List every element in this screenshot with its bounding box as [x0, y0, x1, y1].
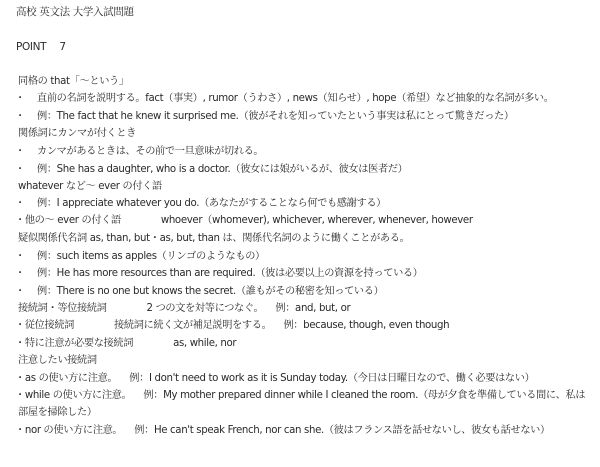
coordinating-conjunctions: 接続詞・等位接続詞2 つの文を対等につなぐ。例：and, but, or — [18, 302, 350, 316]
bullet: ・ — [15, 163, 37, 177]
subordinating-conjunctions: ・従位接続詞接続詞に続く文が補足説明をする。例：because, though,… — [15, 319, 449, 333]
bullet: ・ — [15, 250, 37, 264]
document-title: 高校 英文法 大学入試問題 — [16, 5, 134, 19]
caution-while: ・while の使い方に注意。例：My mother prepared dinn… — [15, 389, 585, 403]
list-item: ・例：She has a daughter, who is a doctor.（… — [15, 163, 407, 177]
bullet: ・ — [15, 197, 37, 211]
section-heading-pseudo-relative: 疑似関係代名詞 as, than, but・as, but, than は、関係… — [18, 232, 409, 246]
section-heading-ever-words: whatever など～ ever の付く語 — [18, 180, 162, 194]
list-item: ・カンマがあるときは、その前で一旦意味が切れる。 — [15, 145, 263, 159]
bullet: ・ — [15, 267, 37, 281]
list-item: ・例：The fact that he knew it surprised me… — [15, 110, 514, 124]
special-conjunctions: ・特に注意が必要な接続詞as, while, nor — [15, 337, 236, 351]
section-heading-comma-relative: 関係詞にカンマが付くとき — [18, 127, 136, 141]
caution-nor: ・nor の使い方に注意。例：He can't speak French, no… — [15, 424, 550, 438]
list-item: ・例：He has more resources than are requir… — [15, 267, 423, 281]
other-ever-words: ・他の～ ever の付く語whoever（whomever), whichev… — [15, 214, 473, 228]
bullet: ・ — [15, 92, 37, 106]
caution-while-cont: 部屋を掃除した） — [18, 406, 97, 420]
point-number: POINT 7 — [16, 40, 66, 54]
bullet: ・ — [15, 145, 37, 159]
list-item: ・例：There is no one but knows the secret.… — [15, 285, 383, 299]
section-heading-caution: 注意したい接続詞 — [18, 354, 97, 368]
caution-as: ・as の使い方に注意。例：I don't need to work as it… — [15, 372, 534, 386]
bullet: ・ — [15, 285, 37, 299]
list-item: ・例：such items as apples（リンゴのようなもの） — [15, 250, 265, 264]
bullet: ・ — [15, 110, 37, 124]
section-heading-appositive: 同格の that「～という」 — [18, 75, 129, 89]
list-item: ・例：I appreciate whatever you do.（あなたがするこ… — [15, 197, 386, 211]
list-item: ・直前の名詞を説明する。fact（事実）, rumor（うわさ）, news（知… — [15, 92, 554, 106]
